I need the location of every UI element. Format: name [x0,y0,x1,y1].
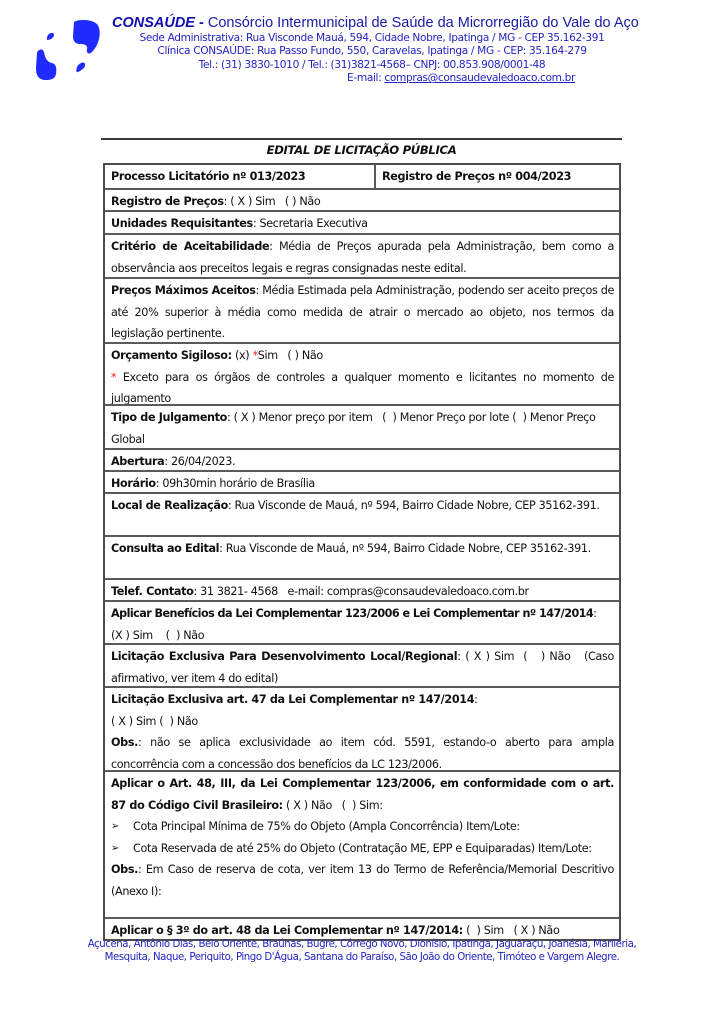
organization-name: Consórcio Intermunicipal de Saúde da Mic… [204,15,639,31]
bullet-cota-reservada: ➢Cota Reservada de até 25% do Objeto (Co… [111,838,614,860]
field-label: Tipo de Julgamento [111,411,227,424]
art48-line: Aplicar o Art. 48, III, da Lei Complemen… [111,773,614,816]
arrow-bullet-icon: ➢ [111,816,133,838]
footer-line-1: Açucena, Antônio Dias, Belo Oriente, Bra… [40,938,684,951]
email-link[interactable]: compras@consaudevaledoaco.com.br [384,72,575,84]
field-value: : Rua Visconde de Mauá, nº 594, Bairro C… [219,542,591,555]
row-local-realizacao: Local de Realização: Rua Visconde de Mau… [105,492,619,535]
row-abertura: Abertura: 26/04/2023. [105,448,619,470]
field-label: Registro de Preços [111,195,224,208]
field-label: Critério de Aceitabilidade [111,240,269,253]
email-line: E-mail: compras@consaudevaledoaco.com.br [112,72,632,85]
field-label: Abertura [111,455,164,468]
note-text: Exceto para os órgãos de controles a qua… [111,371,614,404]
row-registro-precos: Registro de Preços: ( X ) Sim ( ) Não [105,188,619,210]
row-criterio-aceitabilidade: Critério de Aceitabilidade: Média de Pre… [105,233,619,277]
art47-options: ( X ) Sim ( ) Não [111,711,614,733]
field-label: Orçamento Sigiloso: [111,349,232,362]
edital-summary-table: Processo Licitatório nº 013/2023 Registr… [103,163,621,941]
phone-cnpj: Tel.: (31) 3830-1010 / Tel.: (31)3821-45… [112,59,632,72]
field-value: (x) [232,349,253,362]
orcamento-note: * Exceto para os órgãos de controles a q… [111,367,614,404]
address-clinic: Clínica CONSAÚDE: Rua Passo Fundo, 550, … [112,45,632,58]
field-label: Consulta ao Edital [111,542,219,555]
obs-label: Obs. [111,863,138,876]
field-label: Aplicar o § 3º do art. 48 da Lei Complem… [111,924,463,937]
processo-licitatorio: Processo Licitatório nº 013/2023 [105,165,376,188]
field-value: ( ) Sim ( X ) Não [463,924,560,937]
field-label: Licitação Exclusiva Para Desenvolvimento… [111,650,457,663]
art47-line: Licitação Exclusiva art. 47 da Lei Compl… [111,689,614,711]
registro-precos-numero: Registro de Preços nº 004/2023 [376,165,619,188]
field-value: : 26/04/2023. [164,455,235,468]
field-label: Unidades Requisitantes [111,217,253,230]
processo-label: Processo Licitatório nº 013/2023 [111,170,305,183]
row-tipo-julgamento: Tipo de Julgamento: ( X ) Menor preço po… [105,404,619,448]
bullet-cota-principal: ➢Cota Principal Mínima de 75% do Objeto … [111,816,614,838]
row-horario: Horário: 09h30min horário de Brasília [105,470,619,492]
field-value: : ( X ) Sim ( ) Não [224,195,321,208]
bullet-text: Cota Reservada de até 25% do Objeto (Con… [133,838,614,860]
document-heading: EDITAL DE LICITAÇÃO PÚBLICA [101,143,622,157]
art48-obs: Obs.: Em Caso de reserva de cota, ver it… [111,859,614,902]
row-exclusiva-local-regional: Licitação Exclusiva Para Desenvolvimento… [105,643,619,686]
letterhead: CONSAÚDE - Consórcio Intermunicipal de S… [112,14,632,86]
obs-label: Obs. [111,736,138,749]
field-label: Licitação Exclusiva art. 47 da Lei Compl… [111,693,474,706]
field-value: : Rua Visconde de Mauá, nº 594, Bairro C… [228,499,600,512]
field-value: : 31 3821- 4568 e-mail: compras@consaude… [193,585,528,598]
header-divider [101,138,622,140]
arrow-bullet-icon: ➢ [111,838,133,860]
field-label: Telef. Contato [111,585,193,598]
row-paragrafo-3: Aplicar o § 3º do art. 48 da Lei Complem… [105,917,619,939]
field-value: ( X ) Não ( ) Sim: [283,799,383,812]
address-headquarters: Sede Administrativa: Rua Visconde Mauá, … [112,32,632,45]
beneficios-options: (X ) Sim ( ) Não [111,625,614,643]
row-orcamento-sigiloso: Orçamento Sigiloso: (x) *Sim ( ) Não * E… [105,342,619,404]
letterhead-title: CONSAÚDE - Consórcio Intermunicipal de S… [112,14,632,32]
beneficios-line: Aplicar Benefícios da Lei Complementar 1… [111,603,614,625]
field-value: : [474,693,477,706]
field-value: : [593,607,596,620]
field-label: Local de Realização [111,499,228,512]
row-unidades-requisitantes: Unidades Requisitantes: Secretaria Execu… [105,210,619,233]
row-aplicar-beneficios: Aplicar Benefícios da Lei Complementar 1… [105,600,619,643]
field-label: Aplicar Benefícios da Lei Complementar 1… [111,607,593,620]
row-exclusiva-art47: Licitação Exclusiva art. 47 da Lei Compl… [105,686,619,770]
obs-text: : não se aplica exclusividade ao item có… [111,736,614,770]
field-value: : Secretaria Executiva [253,217,368,230]
footer-line-2: Mesquita, Naque, Periquito, Pingo D'Água… [40,951,684,964]
row-telefone-contato: Telef. Contato: 31 3821- 4568 e-mail: co… [105,578,619,600]
email-label: E-mail: [347,72,384,84]
consaude-logo-icon [34,18,106,82]
orcamento-line: Orçamento Sigiloso: (x) *Sim ( ) Não [111,345,614,367]
row-art48: Aplicar o Art. 48, III, da Lei Complemen… [105,770,619,917]
field-label: Preços Máximos Aceitos [111,284,256,297]
registro-numero-label: Registro de Preços nº 004/2023 [382,170,571,183]
field-value: : 09h30min horário de Brasília [156,477,315,490]
member-municipalities-footer: Açucena, Antônio Dias, Belo Oriente, Bra… [40,938,684,965]
art47-obs: Obs.: não se aplica exclusividade ao ite… [111,732,614,770]
field-label: Horário [111,477,156,490]
bullet-text: Cota Principal Mínima de 75% do Objeto (… [133,816,614,838]
row-consulta-edital: Consulta ao Edital: Rua Visconde de Mauá… [105,535,619,578]
row-precos-maximos: Preços Máximos Aceitos: Média Estimada p… [105,277,619,342]
obs-text: : Em Caso de reserva de cota, ver item 1… [111,863,614,898]
brand-name: CONSAÚDE - [112,15,204,31]
row-processo: Processo Licitatório nº 013/2023 Registr… [105,165,619,188]
field-value: Sim ( ) Não [258,349,323,362]
